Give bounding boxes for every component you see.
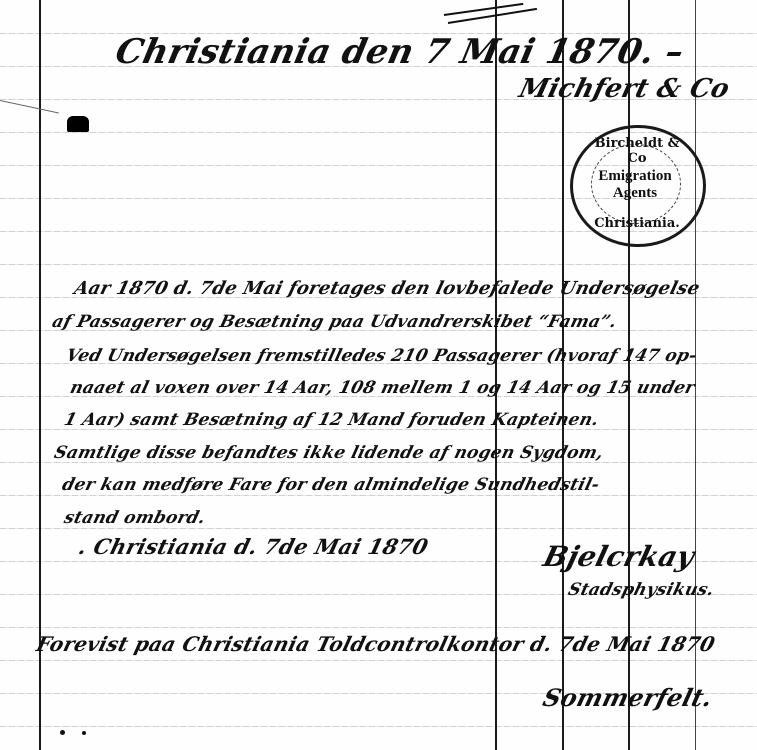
rule-line — [0, 660, 757, 661]
customs-signature: Sommerfelt. — [540, 683, 716, 712]
physician-signature: Bjelcrkay — [540, 540, 698, 573]
stamp-bottom-text: Christiania. — [587, 216, 687, 231]
customs-endorsement: Forevist paa Christiania Toldcontrolkont… — [34, 632, 717, 656]
ink-blot — [67, 116, 89, 132]
pen-stroke — [448, 8, 537, 24]
stamp-top-text: Bircheldt & Co — [587, 136, 687, 166]
body-line: Aar 1870 d. 7de Mai foretages den lovbef… — [72, 278, 702, 299]
emigration-agents-stamp: Bircheldt & Co Emigration Agents Christi… — [570, 125, 706, 247]
physician-title: Stadsphysikus. — [566, 580, 716, 600]
rule-line — [0, 726, 757, 727]
header-place-date: Christiania den 7 Mai 1870. – — [112, 32, 687, 72]
stamp-middle-line1: Emigration — [573, 168, 697, 185]
body-line: Samtlige disse befandtes ikke lidende af… — [52, 443, 606, 463]
pen-stroke — [444, 3, 523, 16]
pen-scratch — [0, 100, 59, 113]
rule-line — [0, 264, 757, 265]
rule-line — [0, 528, 757, 529]
body-line: stand ombord. — [62, 508, 208, 528]
document-page: Christiania den 7 Mai 1870. – Michfert &… — [0, 0, 757, 750]
agent-signature: Michfert & Co — [516, 74, 733, 104]
body-line: der kan medføre Fare for den almindelige… — [60, 475, 601, 495]
body-line: Ved Undersøgelsen fremstilledes 210 Pass… — [64, 346, 699, 366]
stamp-middle-text: Emigration Agents — [573, 168, 697, 202]
body-line: 1 Aar) samt Besætning af 12 Mand foruden… — [62, 410, 601, 430]
margin-dot — [60, 730, 65, 735]
rule-line — [0, 627, 757, 628]
body-line: naaet al voxen over 14 Aar, 108 mellem 1… — [68, 378, 697, 398]
margin-dot — [82, 731, 86, 735]
closing-place-date: . Christiania d. 7de Mai 1870 — [76, 534, 431, 559]
rule-line — [0, 495, 757, 496]
body-line: af Passagerer og Besætning paa Udvandrer… — [50, 312, 619, 332]
stamp-middle-line2: Agents — [573, 185, 697, 202]
